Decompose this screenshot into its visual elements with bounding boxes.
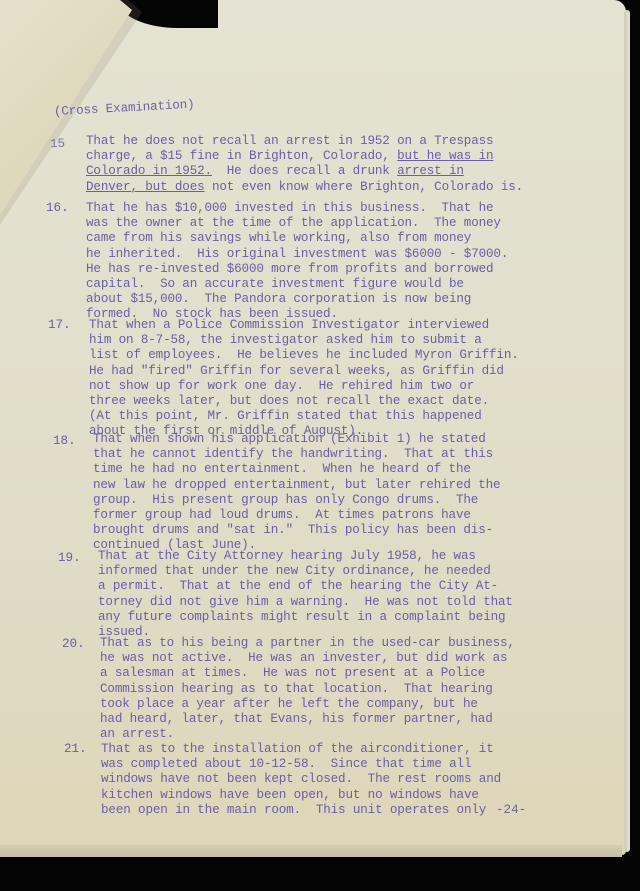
paragraph-line: torney did not give him a warning. He wa…	[98, 595, 513, 610]
paragraph-line: was the owner at the time of the applica…	[86, 216, 508, 231]
paragraph-number: 18.	[53, 434, 76, 448]
paragraph-number: 19.	[58, 551, 81, 565]
paragraph-line: charge, a $15 fine in Brighton, Colorado…	[86, 149, 523, 164]
underlined-text: but he was in	[397, 149, 493, 163]
paragraph-number: 17.	[48, 318, 71, 332]
paragraph-line: had heard, later, that Evans, his former…	[100, 712, 515, 727]
paragraph-line: he was not active. He was an invester, b…	[100, 651, 515, 666]
underlined-text: Colorado in 1952.	[86, 164, 212, 178]
underlined-text: Denver, but does	[86, 180, 205, 194]
paragraph-line: brought drums and "sat in." This policy …	[93, 523, 500, 538]
paragraph-line: That when shown his application (Exhibit…	[93, 432, 500, 447]
paragraph-line: (At this point, Mr. Griffin stated that …	[89, 409, 519, 424]
paragraph-line: That as to the installation of the airco…	[101, 742, 501, 757]
line-segment: charge, a $15 fine in Brighton, Colorado…	[86, 149, 397, 163]
paragraph-line: Colorado in 1952. He does recall a drunk…	[86, 164, 523, 179]
paragraph-number: 21.	[64, 742, 87, 756]
paragraph-line: a salesman at times. He was not present …	[100, 666, 515, 681]
paragraph-line: three weeks later, but does not recall t…	[89, 394, 519, 409]
paragraph-line: a permit. That at the end of the hearing…	[98, 579, 513, 594]
paragraph-line: about $15,000. The Pandora corporation i…	[86, 292, 508, 307]
paragraph-line: took place a year after he left the comp…	[100, 697, 515, 712]
paragraph-line: list of employees. He believes he includ…	[89, 348, 519, 363]
paragraph-17: That when a Police Commission Investigat…	[89, 318, 519, 440]
paragraph-line: He had "fired" Griffin for several weeks…	[89, 364, 519, 379]
paragraph-line: any future complaints might result in a …	[98, 610, 513, 625]
paragraph-line: former group had loud drums. At times pa…	[93, 508, 500, 523]
paragraph-line: he inherited. His original investment wa…	[86, 247, 508, 262]
paragraph-line: been open in the main room. This unit op…	[101, 803, 501, 818]
underlined-text: arrest in	[397, 164, 464, 178]
paragraph-line: him on 8-7-58, the investigator asked hi…	[89, 333, 519, 348]
paragraph-line: windows have not been kept closed. The r…	[101, 772, 501, 787]
paragraph-number: 15	[50, 137, 66, 152]
page-stack-edge	[624, 10, 630, 852]
paragraph-line: He has re-invested $6000 more from profi…	[86, 262, 508, 277]
page-number: -24-	[496, 803, 526, 817]
paragraph-line: that he cannot identify the handwriting.…	[93, 447, 500, 462]
paragraph-line: That as to his being a partner in the us…	[100, 636, 515, 651]
paragraph-line: an arrest.	[100, 727, 515, 742]
paragraph-line: capital. So an accurate investment figur…	[86, 277, 508, 292]
paragraph-19: That at the City Attorney hearing July 1…	[98, 549, 513, 640]
line-segment: He does recall a drunk	[212, 164, 397, 178]
page-bottom-edge	[0, 845, 622, 857]
paragraph-line: That at the City Attorney hearing July 1…	[98, 549, 513, 564]
paragraph-21: That as to the installation of the airco…	[101, 742, 501, 818]
line-segment: not even know where Brighton, Colorado i…	[205, 180, 524, 194]
paragraph-line: new law he dropped entertainment, but la…	[93, 478, 500, 493]
paragraph-line: informed that under the new City ordinan…	[98, 564, 513, 579]
paragraph-number: 16.	[46, 201, 69, 215]
paragraph-18: That when shown his application (Exhibit…	[93, 432, 500, 554]
paragraph-15: That he does not recall an arrest in 195…	[86, 134, 523, 195]
paragraph-line: That when a Police Commission Investigat…	[89, 318, 519, 333]
paragraph-line: kitchen windows have been open, but no w…	[101, 788, 501, 803]
paragraph-line: time he had no entertainment. When he he…	[93, 462, 500, 477]
paragraph-line: Denver, but does not even know where Bri…	[86, 180, 523, 195]
paragraph-line: was completed about 10-12-58. Since that…	[101, 757, 501, 772]
paragraph-line: That he does not recall an arrest in 195…	[86, 134, 523, 149]
paragraph-line: not show up for work one day. He rehired…	[89, 379, 519, 394]
paragraph-number: 20.	[62, 637, 85, 651]
paragraph-line: Commission hearing as to that location. …	[100, 682, 515, 697]
paragraph-16: That he has $10,000 invested in this bus…	[86, 201, 508, 323]
paragraph-line: That he has $10,000 invested in this bus…	[86, 201, 508, 216]
paragraph-20: That as to his being a partner in the us…	[100, 636, 515, 742]
paragraph-line: group. His present group has only Congo …	[93, 493, 500, 508]
paragraph-line: came from his savings while working, als…	[86, 231, 508, 246]
